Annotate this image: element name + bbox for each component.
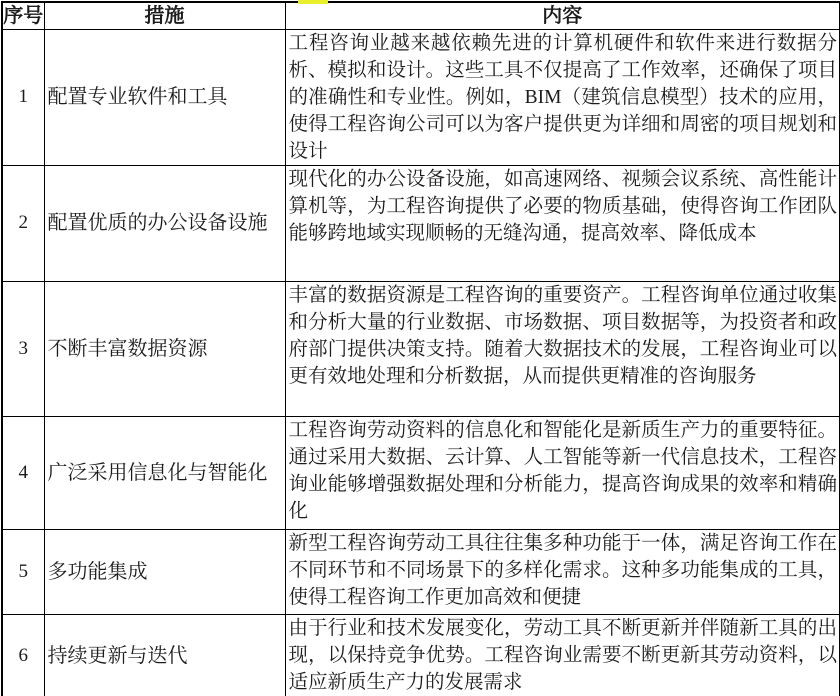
measure-cell: 持续更新与迭代 [44, 614, 285, 696]
content-cell: 工程咨询业越来越依赖先进的计算机硬件和软件来进行数据分析、模拟和设计。这些工具不… [285, 29, 840, 165]
row-number-cell: 3 [2, 281, 44, 416]
document-page: 序号 措施 内容 1配置专业软件和工具工程咨询业越来越依赖先进的计算机硬件和软件… [0, 0, 840, 696]
yellow-highlight-artifact [298, 0, 328, 4]
table-row: 3不断丰富数据资源丰富的数据资源是工程咨询的重要资产。工程咨询单位通过收集和分析… [2, 281, 840, 416]
table-row: 1配置专业软件和工具工程咨询业越来越依赖先进的计算机硬件和软件来进行数据分析、模… [2, 29, 840, 165]
column-header-content: 内容 [285, 2, 840, 29]
table-body: 1配置专业软件和工具工程咨询业越来越依赖先进的计算机硬件和软件来进行数据分析、模… [2, 29, 840, 696]
content-cell: 丰富的数据资源是工程咨询的重要资产。工程咨询单位通过收集和分析大量的行业数据、市… [285, 281, 840, 416]
table-row: 2配置优质的办公设备设施现代化的办公设备设施，如高速网络、视频会议系统、高性能计… [2, 165, 840, 281]
row-number-cell: 2 [2, 165, 44, 281]
content-cell: 新型工程咨询劳动工具往往集多种功能于一体，满足咨询工作在不同环节和不同场景下的多… [285, 529, 840, 614]
content-cell: 由于行业和技术发展变化，劳动工具不断更新并伴随新工具的出现，以保持竞争优势。工程… [285, 614, 840, 696]
row-number-cell: 4 [2, 416, 44, 529]
row-number-cell: 5 [2, 529, 44, 614]
column-header-measure: 措施 [44, 2, 285, 29]
row-number-cell: 1 [2, 29, 44, 165]
content-cell: 现代化的办公设备设施，如高速网络、视频会议系统、高性能计算机等，为工程咨询提供了… [285, 165, 840, 281]
table-row: 6持续更新与迭代由于行业和技术发展变化，劳动工具不断更新并伴随新工具的出现，以保… [2, 614, 840, 696]
row-number-cell: 6 [2, 614, 44, 696]
measure-cell: 不断丰富数据资源 [44, 281, 285, 416]
measure-cell: 配置专业软件和工具 [44, 29, 285, 165]
measure-cell: 广泛采用信息化与智能化 [44, 416, 285, 529]
measure-cell: 多功能集成 [44, 529, 285, 614]
measures-table: 序号 措施 内容 1配置专业软件和工具工程咨询业越来越依赖先进的计算机硬件和软件… [1, 1, 840, 696]
table-row: 4广泛采用信息化与智能化工程咨询劳动资料的信息化和智能化是新质生产力的重要特征。… [2, 416, 840, 529]
table-row: 5多功能集成新型工程咨询劳动工具往往集多种功能于一体，满足咨询工作在不同环节和不… [2, 529, 840, 614]
table-header-row: 序号 措施 内容 [2, 2, 840, 29]
measure-cell: 配置优质的办公设备设施 [44, 165, 285, 281]
content-cell: 工程咨询劳动资料的信息化和智能化是新质生产力的重要特征。通过采用大数据、云计算、… [285, 416, 840, 529]
column-header-no: 序号 [2, 2, 44, 29]
